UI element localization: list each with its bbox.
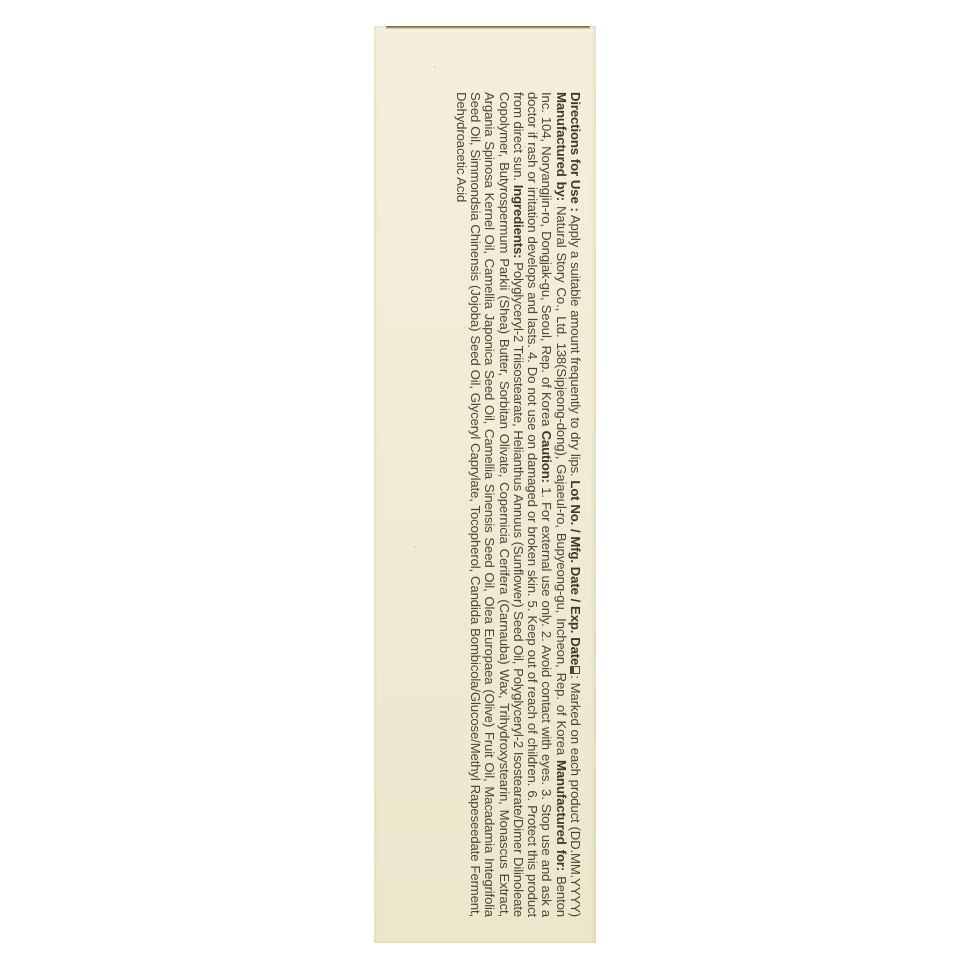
lot-date-icon xyxy=(570,666,580,674)
paper-speck xyxy=(434,66,436,68)
product-label-text: Directions for Use : Apply a suitable am… xyxy=(382,92,582,917)
caution-heading: Caution: xyxy=(539,431,554,483)
directions-heading: Directions for Use : xyxy=(568,92,583,212)
ingredients-heading: Ingredients: xyxy=(511,185,526,259)
manufactured-for-heading: Manufactured for: xyxy=(554,760,569,871)
lot-heading: Lot No. / Mfg. Date / Exp. Date xyxy=(568,480,583,665)
label-paragraph: Directions for Use : Apply a suitable am… xyxy=(453,92,582,917)
lot-text: : Marked on each product (DD.MM.YYYY) xyxy=(568,675,583,917)
directions-text: Apply a suitable amount frequently to dr… xyxy=(568,215,583,477)
manufactured-by-text: Natural Story Co., Ltd. 138(Sipjeong-don… xyxy=(554,206,569,755)
manufactured-by-heading: Manufactured by: xyxy=(554,92,569,201)
box-top-edge xyxy=(386,26,590,29)
